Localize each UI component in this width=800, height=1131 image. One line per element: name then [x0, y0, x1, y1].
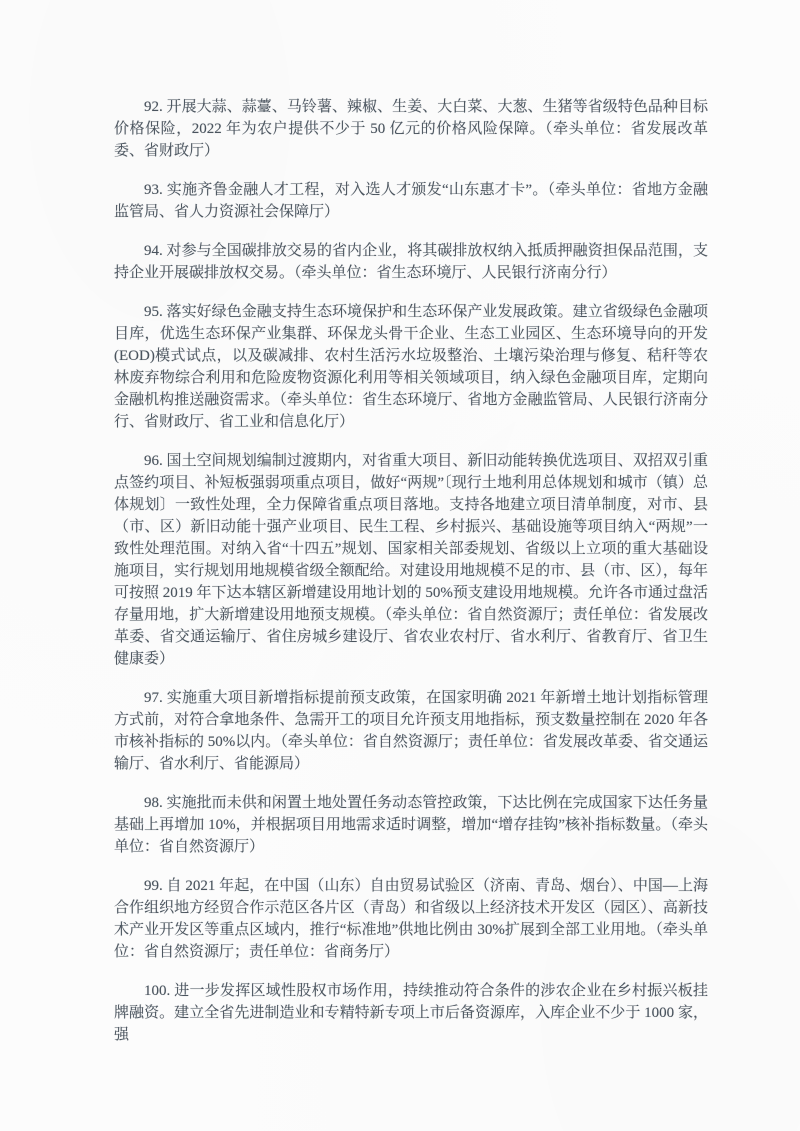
policy-paragraph-96: 96. 国土空间规划编制过渡期内，对省重大项目、新旧动能转换优选项目、双招双引重…: [114, 450, 708, 670]
policy-paragraph-92: 92. 开展大蒜、蒜薹、马铃薯、辣椒、生姜、大白菜、大葱、生猪等省级特色品种目标…: [114, 96, 708, 162]
policy-paragraph-100: 100. 进一步发挥区域性股权市场作用，持续推动符合条件的涉农企业在乡村振兴板挂…: [114, 980, 708, 1046]
document-body: 92. 开展大蒜、蒜薹、马铃薯、辣椒、生姜、大白菜、大葱、生猪等省级特色品种目标…: [114, 96, 708, 1046]
policy-paragraph-99: 99. 自 2021 年起，在中国（山东）自由贸易试验区（济南、青岛、烟台）、中…: [114, 875, 708, 963]
policy-paragraph-98: 98. 实施批而未供和闲置土地处置任务动态管控政策，下达比例在完成国家下达任务量…: [114, 792, 708, 858]
scanned-document-page: 92. 开展大蒜、蒜薹、马铃薯、辣椒、生姜、大白菜、大葱、生猪等省级特色品种目标…: [0, 0, 800, 1131]
policy-paragraph-94: 94. 对参与全国碳排放交易的省内企业，将其碳排放权纳入抵质押融资担保品范围，支…: [114, 240, 708, 284]
policy-paragraph-97: 97. 实施重大项目新增指标提前预支政策，在国家明确 2021 年新增土地计划指…: [114, 687, 708, 775]
policy-paragraph-93: 93. 实施齐鲁金融人才工程，对入选人才颁发“山东惠才卡”。（牵头单位：省地方金…: [114, 179, 708, 223]
policy-paragraph-95: 95. 落实好绿色金融支持生态环境保护和生态环保产业发展政策。建立省级绿色金融项…: [114, 301, 708, 433]
